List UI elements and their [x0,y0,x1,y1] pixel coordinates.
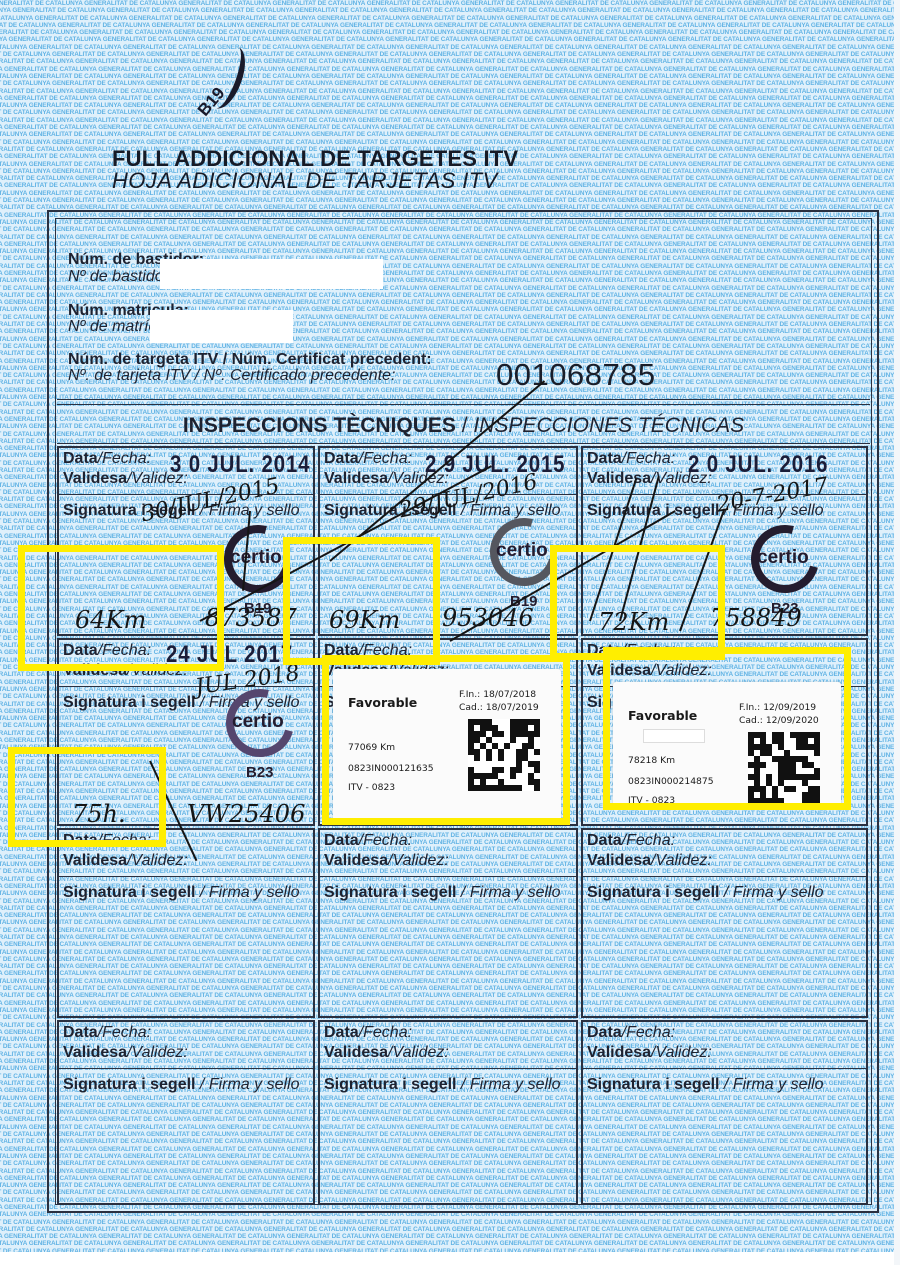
plate-value-redacted [150,310,293,343]
inspection-cell: Data/Fecha:Validesa/Validez:Signatura i … [581,828,868,1018]
signature-label: Signatura i segell / Firma y sello [587,884,824,902]
cell-divider [59,1068,313,1069]
inspections-header-ca: INSPECCIONS TÈCNIQUES [183,414,456,437]
cell-divider [583,1068,866,1069]
chassis-label-es: Nº de bastidor: [68,268,173,286]
date-label: Data/Fecha: [324,450,412,468]
signature-label: Signatura i segell / Firma y sello [324,1076,561,1094]
cell-divider [583,876,866,877]
date-label: Data/Fecha: [587,832,675,850]
card-number-value: 001068785 [496,357,656,393]
signature-label: Signatura i segell / Firma y sello [63,884,300,902]
signature-label: Signatura i segell / Firma y sello [324,884,561,902]
highlight-box [8,747,166,847]
inspection-cell: Data/Fecha:Validesa/Validez:Signatura i … [581,1020,868,1205]
signature-label: Signatura i segell / Firma y sello [587,1076,824,1094]
highlight-box [18,545,224,671]
cell-divider [320,1068,576,1069]
date-stamp: 3 0 JUL. 2014 [170,451,310,479]
validity-label: Validesa/Validez: [587,852,712,870]
cell-divider [59,876,313,877]
inspection-cell: Data/Fecha:Validesa/Validez:Signatura i … [318,1020,578,1205]
validity-label: Validesa/Validez: [63,852,188,870]
inspection-cell: Data/Fecha:Validesa/Validez:Signatura i … [57,828,315,1018]
inspections-header: INSPECCIONS TÈCNIQUES / INSPECCIONES TÉC… [57,404,870,444]
highlight-box [322,655,570,825]
station-seal-code: B23 [246,764,274,781]
title-spanish: HOJA ADICIONAL DE TARJETAS ITV [112,168,498,194]
inspection-cell: Data/Fecha:Validesa/Validez:Signatura i … [318,828,578,1018]
station-seal-label: certio [757,547,809,569]
station-seal-label: certio [230,547,282,569]
chassis-value-redacted [160,259,383,289]
validity-label: Validesa/Validez: [587,1044,712,1062]
station-seal-label: certio [496,540,548,562]
validity-label: Validesa/Validez: [324,1044,449,1062]
itv-additional-sheet: GENERALITAT DE CATALUNYA GENERALITAT DE … [0,0,900,1265]
cell-divider [320,876,576,877]
validity-label: Validesa/Validez: [63,1044,188,1062]
date-label: Data/Fecha: [324,1024,412,1042]
paper-margin [0,1252,900,1265]
date-label: Data/Fecha: [324,832,412,850]
highlight-box [283,537,440,665]
date-label: Data/Fecha: [63,1024,151,1042]
date-stamp: 2 9 JUL. 2015 [425,451,565,479]
paper-edge [894,0,900,1265]
date-stamp: 2 0 JUL. 2016 [688,451,828,479]
station-seal-label: certio [232,711,284,733]
date-label: Data/Fecha: [587,450,675,468]
signature-label: Signatura i segell / Firma y sello [63,1076,300,1094]
highlight-box [603,647,851,810]
inspection-cell: Data/Fecha:Validesa/Validez:Signatura i … [57,1020,315,1205]
date-label: Data/Fecha: [63,450,151,468]
date-label: Data/Fecha: [587,1024,675,1042]
card-number-label-es: Nº. de tarjeta ITV / Nº. Certificado pre… [68,367,395,385]
validity-label: Validesa/Validez: [324,852,449,870]
inspections-header-separator: / [462,414,468,437]
odometer-handwritten: VW25406 [187,800,305,828]
inspections-header-es: INSPECCIONES TÉCNICAS [473,414,744,437]
highlight-box [550,545,725,660]
